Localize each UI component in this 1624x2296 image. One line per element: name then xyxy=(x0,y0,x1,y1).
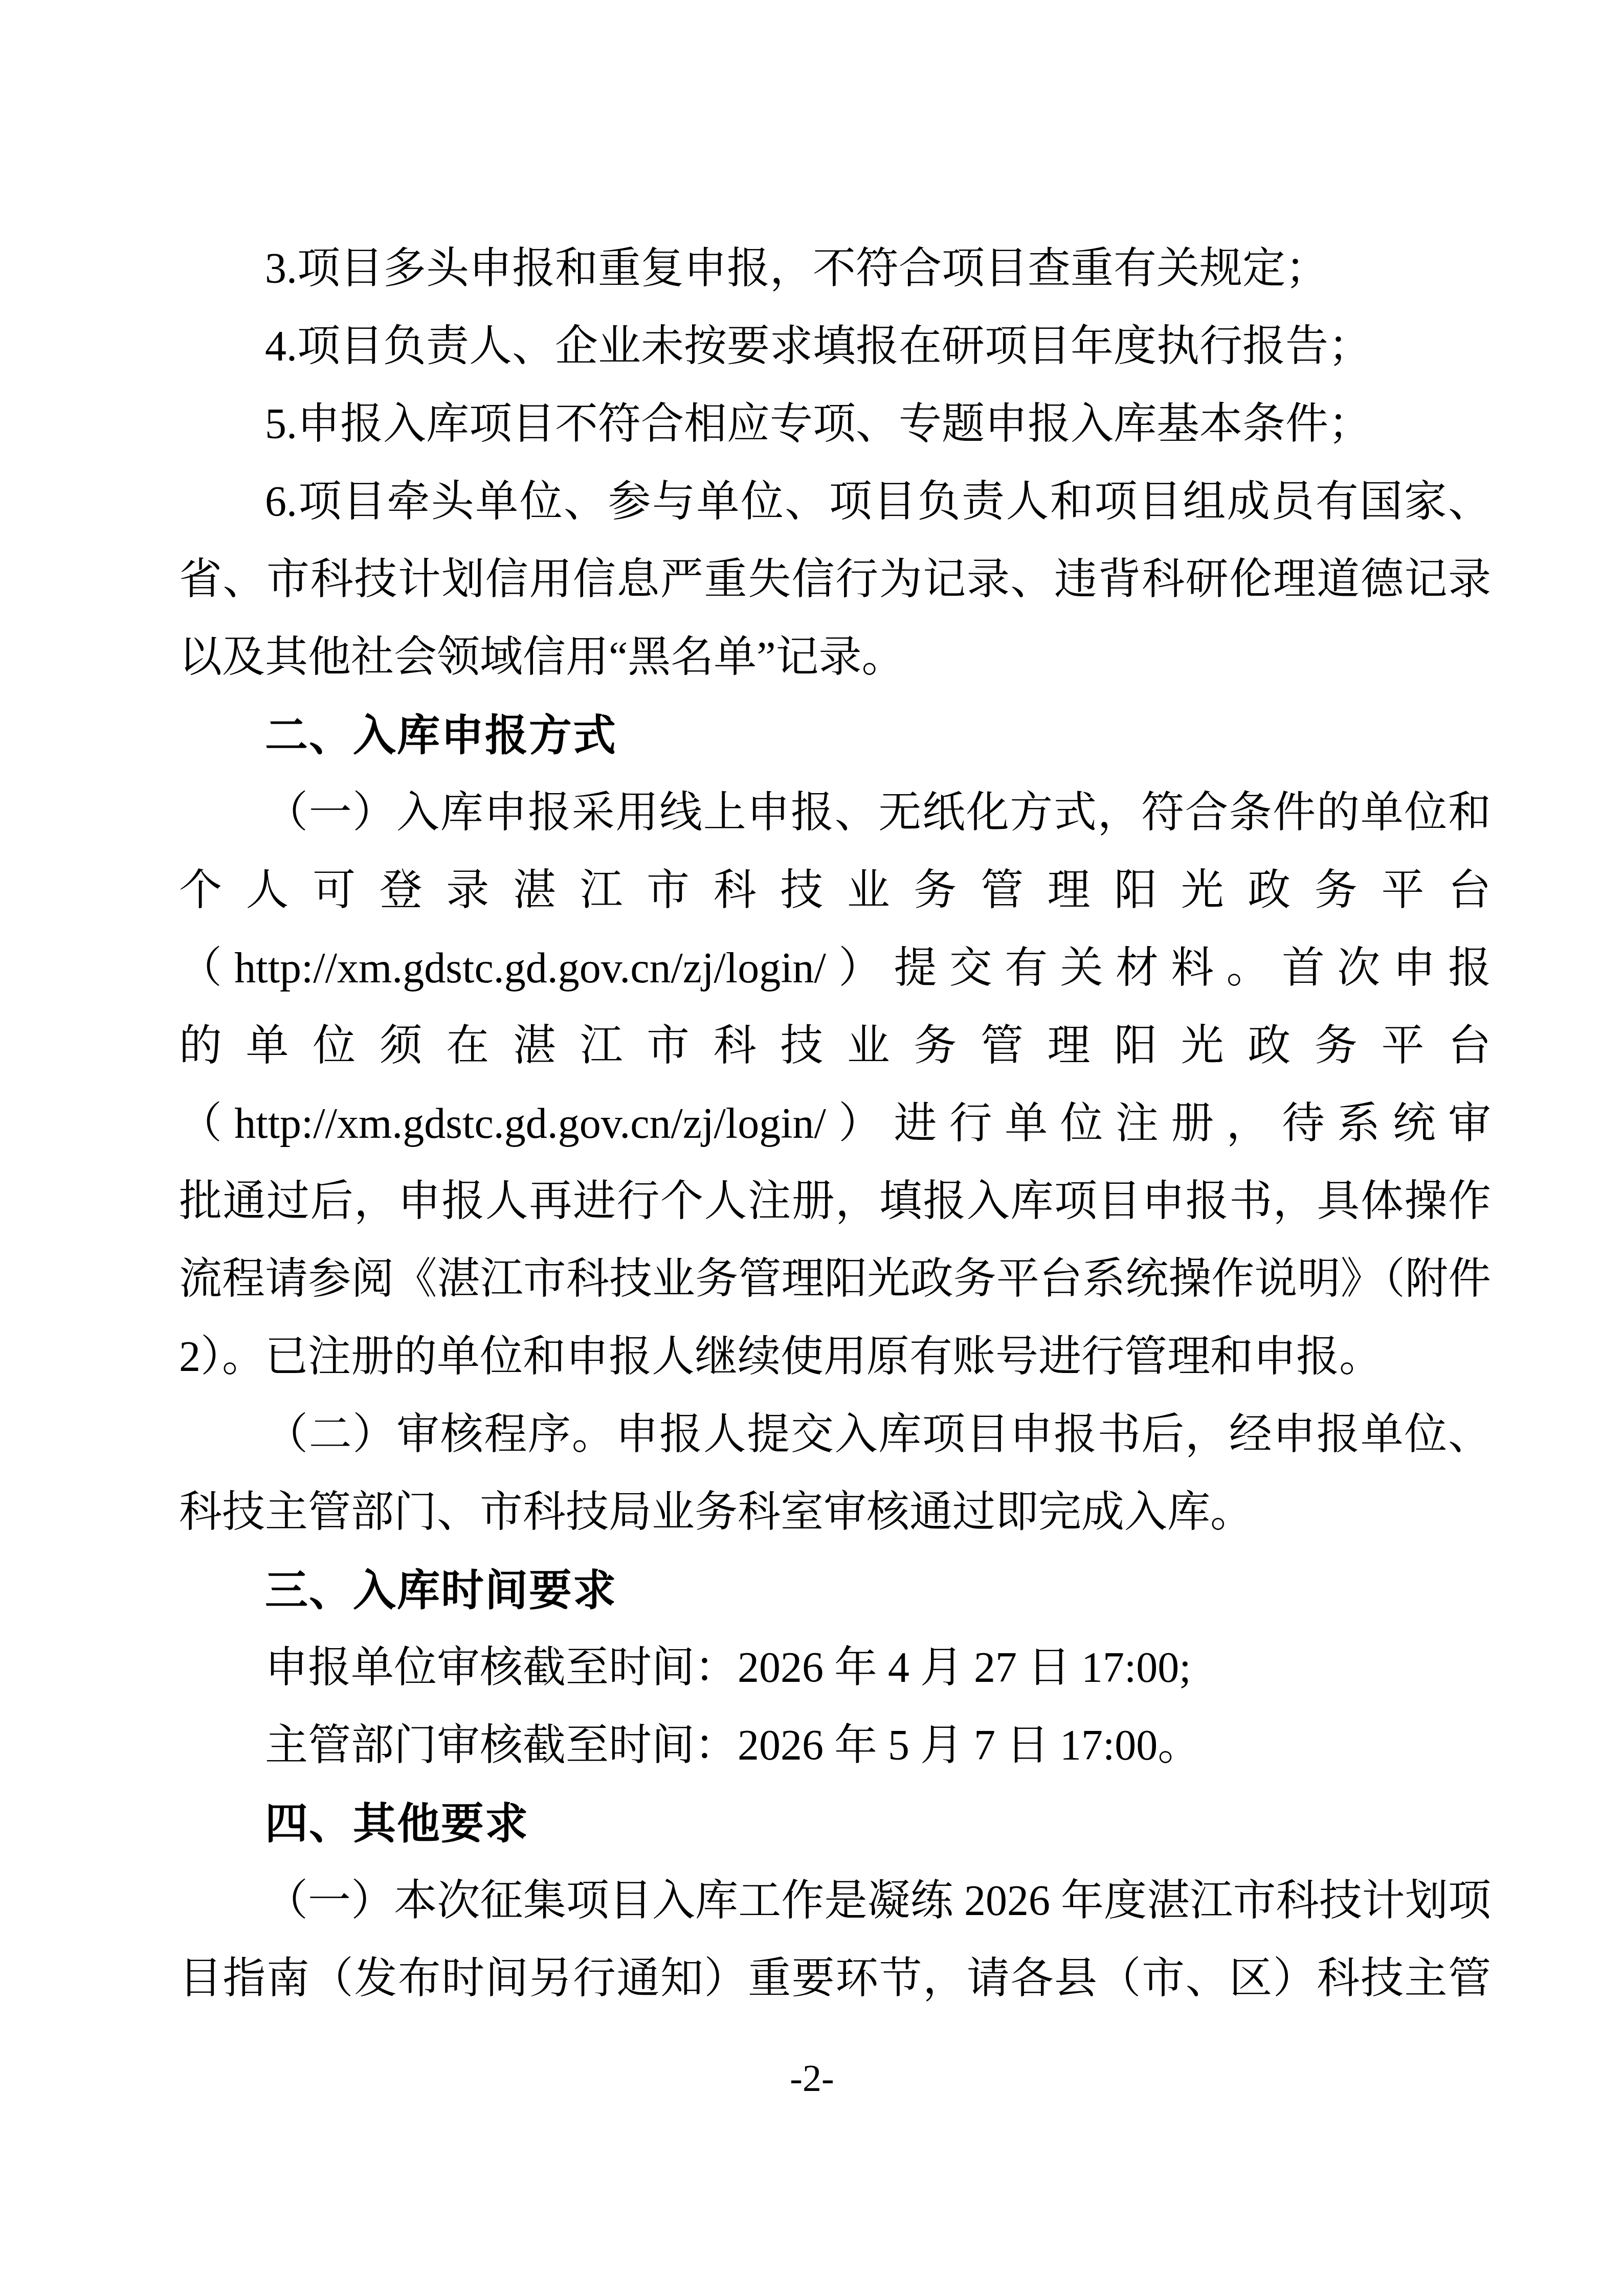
doc-line: 省、市科技计划信用信息严重失信行为记录、违背科研伦理道德记录 xyxy=(179,541,1491,619)
doc-line: 5.申报入库项目不符合相应专项、专题申报入库基本条件； xyxy=(179,386,1491,463)
document-page: { "document": { "lines": [ { "text": "3.… xyxy=(0,0,1624,2296)
doc-line: 2）。已注册的单位和申报人继续使用原有账号进行管理和申报。 xyxy=(179,1318,1491,1396)
page-footer: -2- xyxy=(0,2051,1624,2107)
doc-line: 流程请参阅《湛江市科技业务管理阳光政务平台系统操作说明》（附件 xyxy=(179,1241,1491,1318)
section-heading-3: 三、入库时间要求 xyxy=(179,1551,1491,1629)
doc-line-url: （http://xm.gdstc.gd.gov.cn/zj/login/）提交有… xyxy=(179,930,1491,1007)
doc-line-deadline-unit: 申报单位审核截至时间：2026 年 4 月 27 日 17:00; xyxy=(179,1629,1491,1707)
doc-line: （一）本次征集项目入库工作是凝练 2026 年度湛江市科技计划项 xyxy=(179,1862,1491,1940)
section-heading-2: 二、入库申报方式 xyxy=(179,696,1491,774)
document-body: 3.项目多头申报和重复申报，不符合项目查重有关规定； 4.项目负责人、企业未按要… xyxy=(179,230,1491,2018)
doc-line: 的单位须在湛江市科技业务管理阳光政务平台 xyxy=(179,1007,1491,1085)
doc-line: 批通过后，申报人再进行个人注册，填报入库项目申报书，具体操作 xyxy=(179,1163,1491,1241)
doc-line: 科技主管部门、市科技局业务科室审核通过即完成入库。 xyxy=(179,1474,1491,1551)
doc-line: （二）审核程序。申报人提交入库项目申报书后，经申报单位、 xyxy=(179,1396,1491,1474)
section-heading-4: 四、其他要求 xyxy=(179,1785,1491,1862)
doc-line: 3.项目多头申报和重复申报，不符合项目查重有关规定； xyxy=(179,230,1491,308)
doc-line: 6.项目牵头单位、参与单位、项目负责人和项目组成员有国家、 xyxy=(179,463,1491,541)
doc-line: 个人可登录湛江市科技业务管理阳光政务平台 xyxy=(179,852,1491,930)
doc-line-deadline-dept: 主管部门审核截至时间：2026 年 5 月 7 日 17:00。 xyxy=(179,1707,1491,1785)
page-number: -2- xyxy=(790,2058,834,2100)
doc-line: 以及其他社会领域信用“黑名单”记录。 xyxy=(179,619,1491,696)
doc-line-url: （http://xm.gdstc.gd.gov.cn/zj/login/）进行单… xyxy=(179,1085,1491,1163)
doc-line: （一）入库申报采用线上申报、无纸化方式，符合条件的单位和 xyxy=(179,774,1491,852)
doc-line: 4.项目负责人、企业未按要求填报在研项目年度执行报告； xyxy=(179,308,1491,386)
doc-line: 目指南（发布时间另行通知）重要环节，请各县（市、区）科技主管 xyxy=(179,1940,1491,2018)
